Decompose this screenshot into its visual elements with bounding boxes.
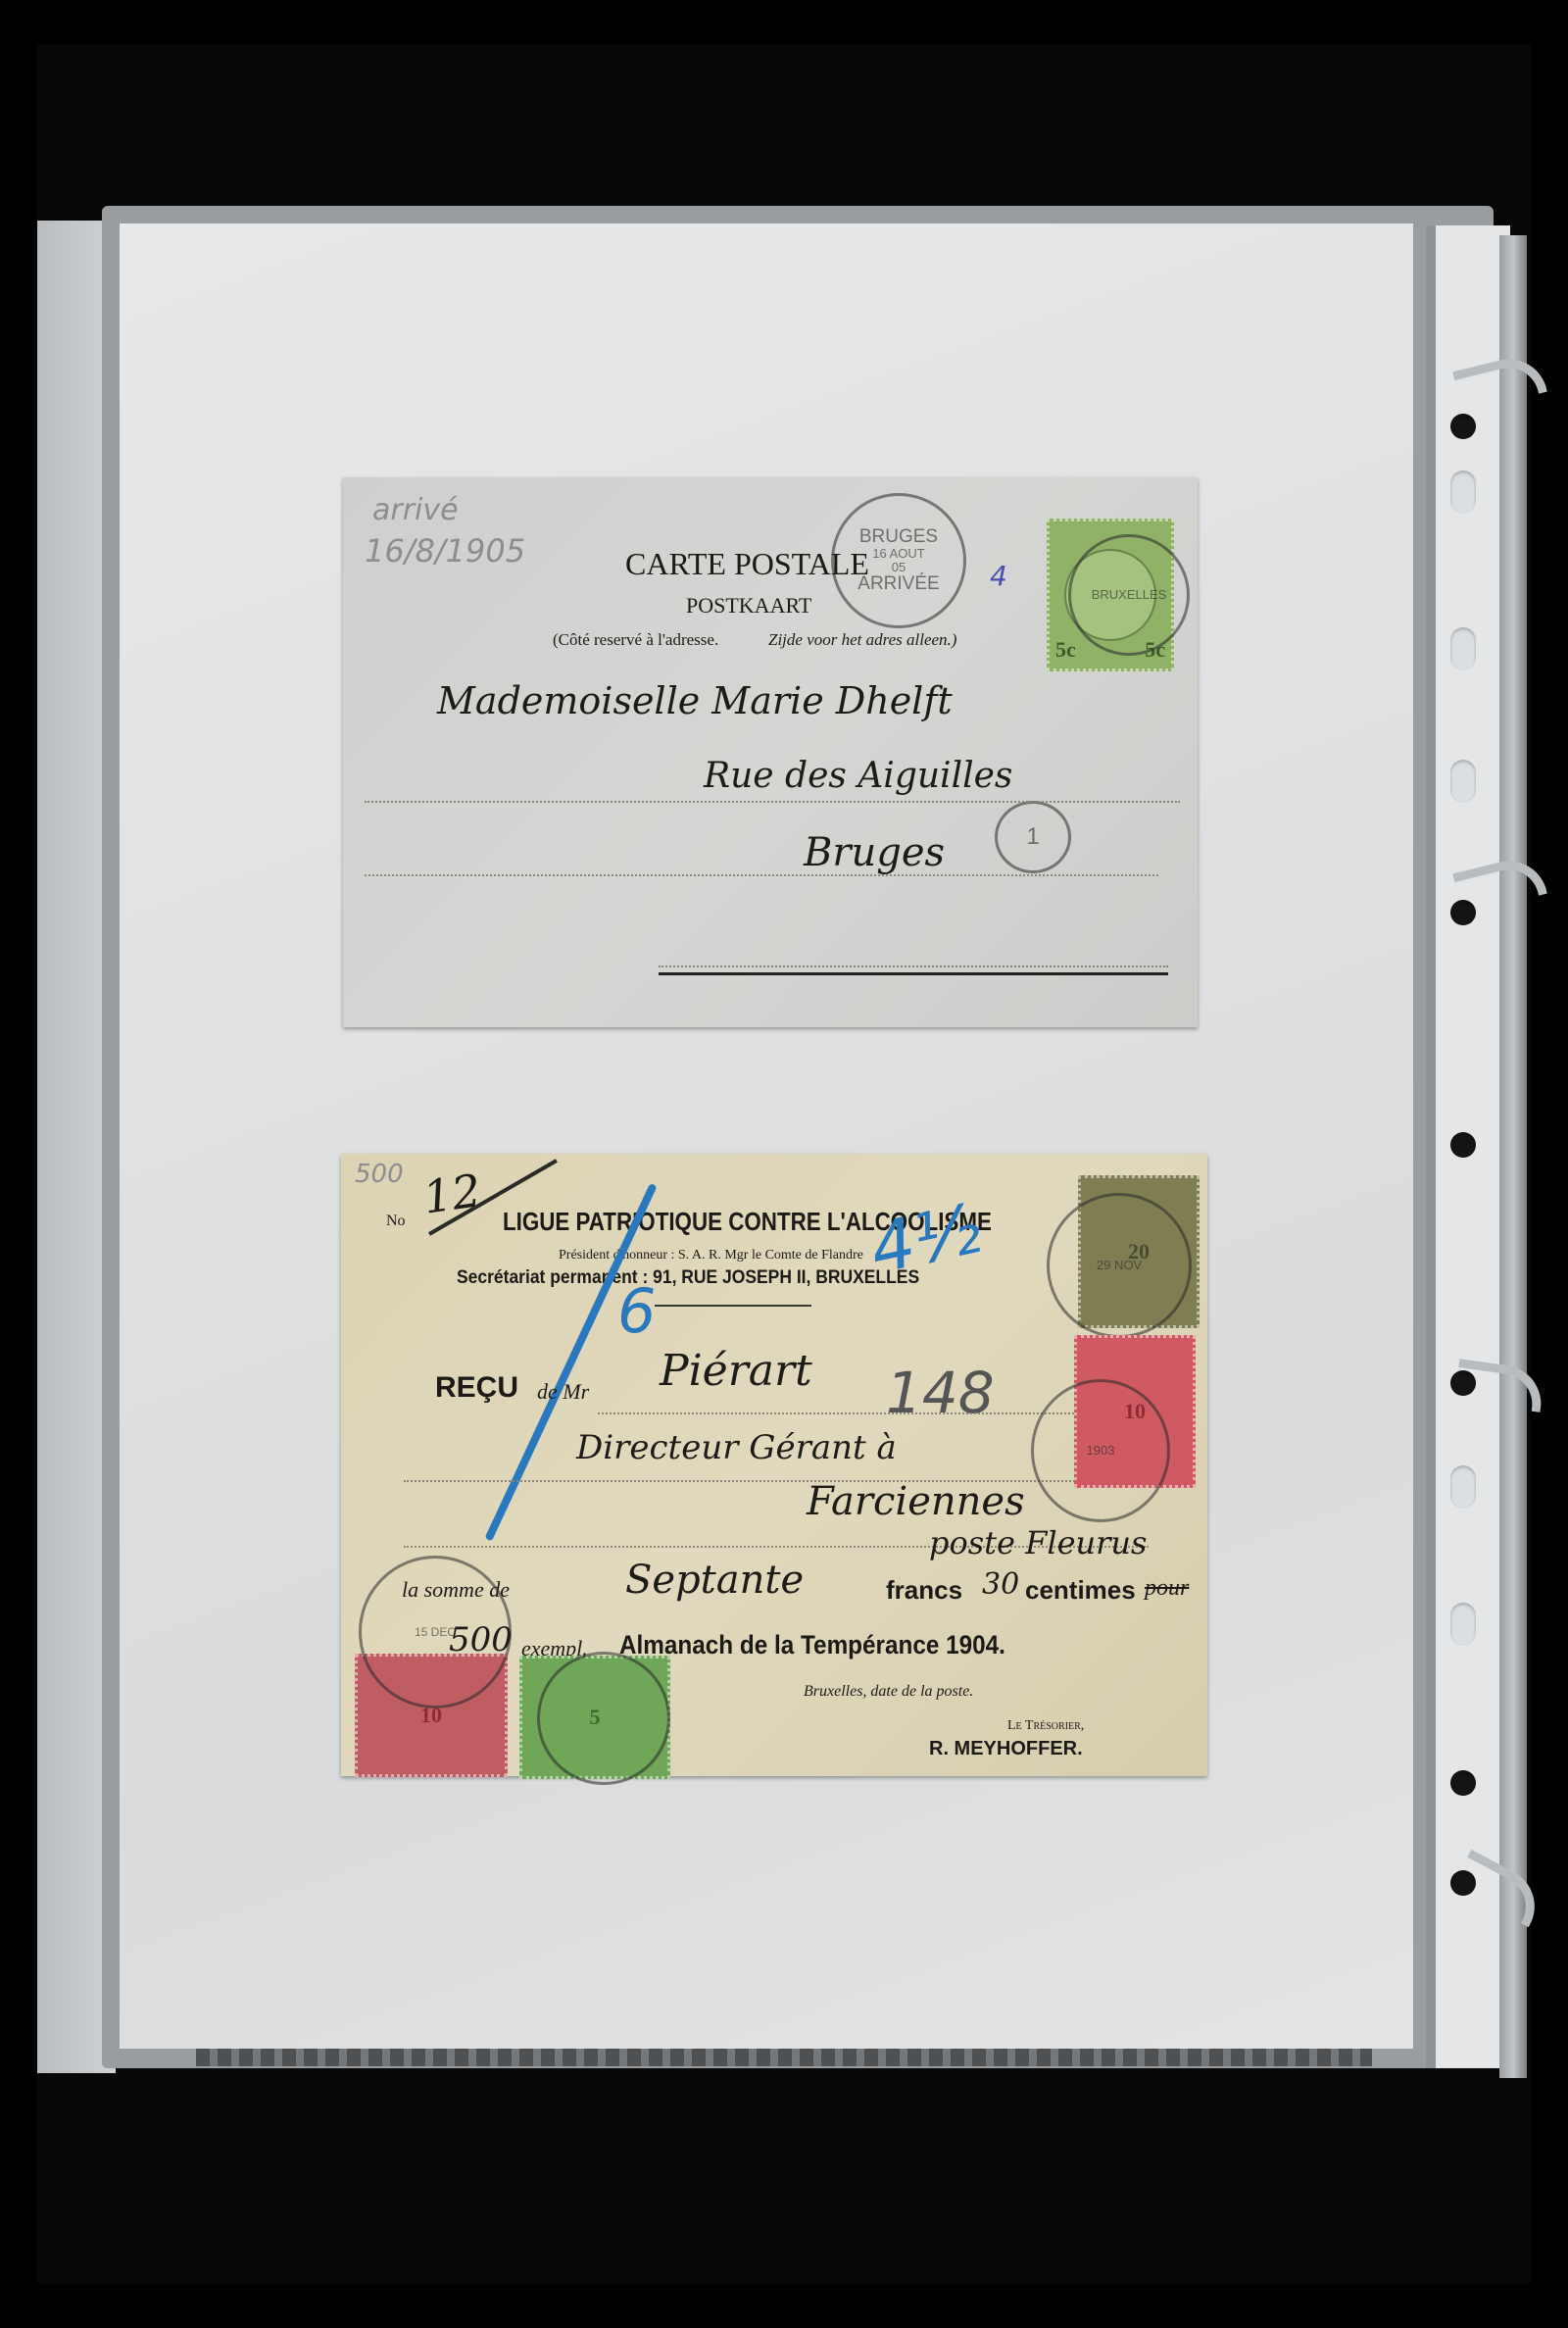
postcard-subtitle: POSTKAART <box>686 593 811 619</box>
address-line <box>365 801 1180 803</box>
address-line-1: Mademoiselle Marie Dhelft <box>437 679 953 722</box>
bruges-cancel: BRUGES 16 AOUT 05 ARRIVÉE <box>831 493 966 628</box>
received-from: de Mr <box>537 1379 589 1405</box>
pour-label: pour <box>1145 1575 1189 1602</box>
sum-words: Septante <box>625 1558 804 1603</box>
address-note-nl: Zijde voor het adres alleen.) <box>768 630 956 650</box>
address-line <box>659 966 1168 967</box>
centimes-value: 30 <box>982 1567 1019 1602</box>
received-label: REÇU <box>435 1371 518 1405</box>
deux-ponts-cancel: 15 DEC <box>359 1556 512 1709</box>
sleeve-right-edge <box>1499 235 1527 2078</box>
circle-mark: 1 <box>995 801 1071 873</box>
punch-hole <box>1450 1465 1476 1509</box>
schaerbeek-cancel: 1903 <box>1031 1379 1170 1522</box>
publication-title: Almanach de la Tempérance 1904. <box>619 1630 1005 1660</box>
sleeve-bottom-edge <box>196 2049 1372 2066</box>
ornament-divider <box>655 1305 811 1307</box>
ring-hole <box>1450 1770 1476 1796</box>
punch-hole <box>1450 471 1476 514</box>
bruxelles-cancel: BRUXELLES <box>1068 534 1190 656</box>
punch-hole <box>1450 1603 1476 1646</box>
treasurer-name: R. MEYHOFFER. <box>929 1738 1083 1760</box>
post-note: poste Fleurus <box>929 1524 1147 1561</box>
ring-hole <box>1450 414 1476 439</box>
payer-name: Piérart <box>660 1346 812 1396</box>
punch-hole <box>1450 760 1476 803</box>
payer-town: Farciennes <box>807 1479 1025 1524</box>
pencil-date: 16/8/1905 <box>365 532 525 570</box>
address-line-3: Bruges <box>804 830 945 875</box>
blue-annotation-top: 4½ <box>863 1188 988 1290</box>
pencil-annotation: 148 <box>886 1360 995 1426</box>
number-value: 12 <box>420 1164 484 1224</box>
number-label: No <box>386 1213 406 1230</box>
address-line-2: Rue des Aiguilles <box>704 756 1012 796</box>
ring-hole <box>1450 1132 1476 1158</box>
place-date: Bruxelles, date de la poste. <box>804 1683 973 1701</box>
underline <box>659 972 1168 975</box>
president-line: Président d'honneur : S. A. R. Mgr le Co… <box>559 1248 863 1263</box>
pencil-note: arrivé <box>372 493 459 527</box>
centimes-label: centimes <box>1025 1575 1136 1606</box>
payer-role: Directeur Gérant à <box>576 1428 897 1467</box>
address-line <box>365 874 1158 876</box>
secretariat-line: Secrétariat permanent : 91, RUE JOSEPH I… <box>457 1267 919 1289</box>
bottom-cancel <box>537 1652 670 1785</box>
postcard: arrivé 16/8/1905 CARTE POSTALE POSTKAART… <box>343 477 1198 1027</box>
address-note-fr: (Côté reservé à l'adresse. <box>553 630 718 650</box>
receipt-card: 500 No 12 LIGUE PATRIOTIQUE CONTRE L'ALC… <box>341 1154 1207 1776</box>
treasurer-label: Le Trésorier, <box>1007 1718 1084 1734</box>
pencil-500: 500 <box>355 1160 404 1189</box>
francs-label: francs <box>886 1575 962 1606</box>
blue-mark: 4 <box>990 560 1007 592</box>
blue-annotation-6: 6 <box>617 1275 656 1347</box>
punch-hole <box>1450 627 1476 670</box>
bruxelles-cancel: 29 NOV <box>1047 1193 1192 1338</box>
